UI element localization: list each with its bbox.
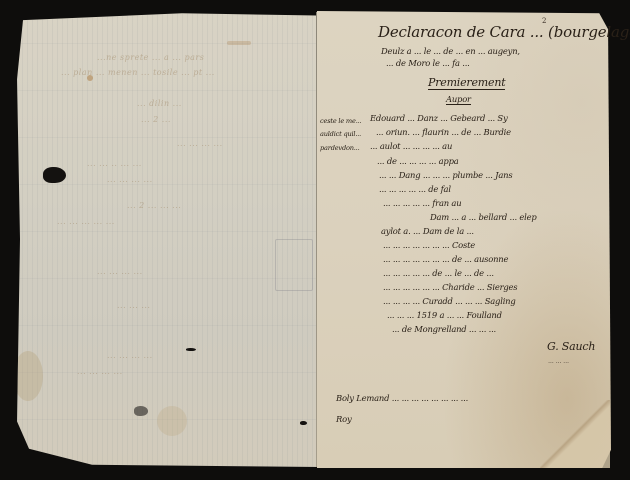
document-title-line: ... de Moro le ... fa ... [386, 58, 470, 68]
body-line: ... ... Dang ... ... ... plumbe ... Jans [379, 170, 512, 180]
bleed-through-text: ... ... ... ... [77, 367, 123, 376]
signature-subscript: ... ... ... [548, 357, 569, 365]
body-line: Edouard ... Danz ... Gebeard ... Sy [370, 113, 508, 123]
body-line: Dam ... a ... bellard ... elep [430, 212, 537, 222]
body-line: ... ... ... ... ... fran au [383, 198, 461, 208]
body-line: ... ... ... ... ... ... Charide ... Sier… [383, 282, 517, 292]
section-heading: Premierement [428, 76, 505, 90]
bleed-through-text: ... 2 ... [141, 115, 171, 124]
body-line: ... ... ... 1519 a ... ... Foulland [387, 310, 502, 320]
body-line: ... ... ... ... Curadd ... ... ... Sagli… [383, 296, 516, 306]
body-line: ... ... ... ... ... de ... le ... de ... [383, 268, 494, 278]
water-stain [157, 406, 187, 436]
footer-note: Roy [336, 414, 351, 424]
bleed-through-text: ... plan ... menen ... tosile ... pt ... [61, 68, 215, 77]
margin-note: auldict quil... [320, 130, 361, 138]
margin-note: pardevdon... [320, 144, 359, 152]
bleed-through-text: ... ... ... ... ... [57, 217, 115, 226]
ink-blot [186, 348, 196, 351]
bleed-through-text: ... ... ... ... [177, 139, 223, 148]
margin-note: ceste le me... [320, 117, 361, 125]
bleed-through-text: ... ... ... ... [97, 267, 143, 276]
bleed-through-text: ... ... .. ... ... [87, 159, 142, 168]
pencil-sketch [275, 239, 313, 291]
section-subheading: Aupor [446, 94, 471, 105]
ink-blot [300, 421, 307, 425]
body-line: ... oriun. ... flaurin ... de ... Burdie [376, 127, 511, 137]
corner-water-stain [540, 400, 610, 468]
bleed-through-text: ...ne sprete ... a ... pars [97, 53, 204, 62]
body-line: ... aulot ... ... ... ... au [370, 141, 452, 151]
water-stain [13, 351, 43, 401]
bleed-through-text: ... 2 ... ... ... [127, 201, 181, 210]
bleed-through-text: ... ... ... [117, 301, 150, 310]
body-line: aylot a. ... Dam de la ... [381, 226, 474, 236]
body-line: ... de ... ... ... ... appa [377, 156, 459, 166]
left-page: ...ne sprete ... a ... pars ... plan ...… [17, 11, 317, 467]
bleed-through-text: ... dilin ... [137, 99, 182, 108]
ink-blot [43, 167, 66, 183]
document-title-line: Deulz a ... le ... de ... en ... augeyn, [381, 46, 520, 56]
bleed-through-text: ... ... ... ... [107, 175, 153, 184]
body-line: ... ... ... ... ... de fal [379, 184, 451, 194]
signature: G. Sauch [547, 340, 595, 353]
manuscript-scan: ...ne sprete ... a ... pars ... plan ...… [0, 0, 630, 480]
foxing-stain [227, 41, 251, 45]
body-line: ... ... ... ... ... ... ... de ... auson… [383, 254, 508, 264]
ink-smudge [134, 406, 148, 416]
body-line: ... de Mongrelland ... ... ... [392, 324, 496, 334]
document-title-line: Declaracon de Cara ... (bourgelage [378, 23, 630, 41]
footer-note: Boly Lemand ... ... ... ... ... ... ... … [336, 393, 468, 403]
bleed-through-text: ... ... ... ... [107, 351, 153, 360]
body-line: ... ... ... ... ... ... ... Coste [383, 240, 475, 250]
